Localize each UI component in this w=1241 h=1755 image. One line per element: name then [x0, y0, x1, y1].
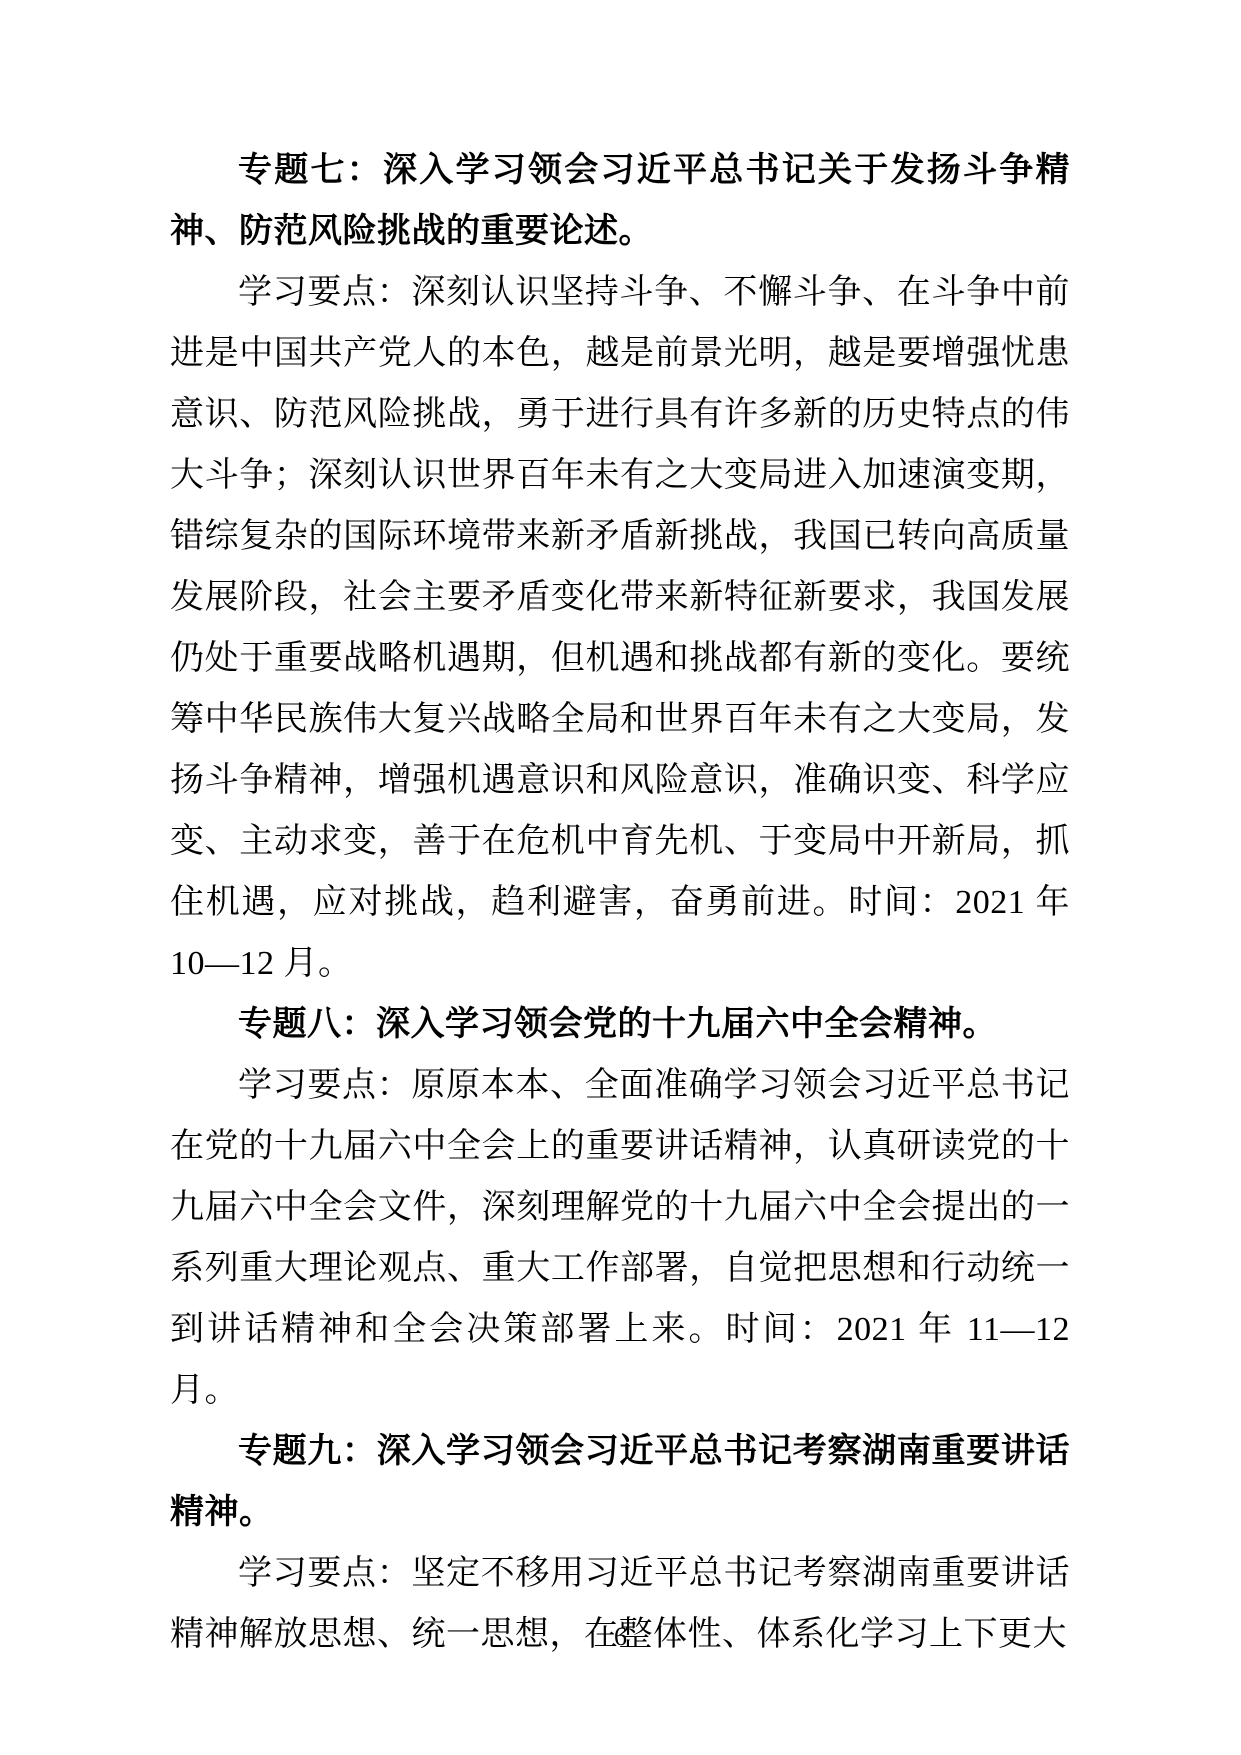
section-paragraph-topic-7: 学习要点：深刻认识坚持斗争、不懈斗争、在斗争中前进是中国共产党人的本色，越是前景… — [170, 262, 1070, 994]
section-heading-topic-8: 专题八：深入学习领会党的十九届六中全会精神。 — [170, 994, 1070, 1055]
section-topic-8: 专题八：深入学习领会党的十九届六中全会精神。 学习要点：原原本本、全面准确学习领… — [170, 994, 1070, 1421]
section-heading-topic-9: 专题九：深入学习领会习近平总书记考察湖南重要讲话精神。 — [170, 1421, 1070, 1543]
section-paragraph-topic-8: 学习要点：原原本本、全面准确学习领会习近平总书记在党的十九届六中全会上的重要讲话… — [170, 1055, 1070, 1421]
section-topic-7: 专题七：深入学习领会习近平总书记关于发扬斗争精神、防范风险挑战的重要论述。 学习… — [170, 140, 1070, 994]
section-heading-topic-7: 专题七：深入学习领会习近平总书记关于发扬斗争精神、防范风险挑战的重要论述。 — [170, 140, 1070, 262]
document-content: 专题七：深入学习领会习近平总书记关于发扬斗争精神、防范风险挑战的重要论述。 学习… — [170, 140, 1070, 1665]
page-number: 6 — [0, 1622, 1241, 1652]
document-page: 专题七：深入学习领会习近平总书记关于发扬斗争精神、防范风险挑战的重要论述。 学习… — [0, 0, 1241, 1755]
